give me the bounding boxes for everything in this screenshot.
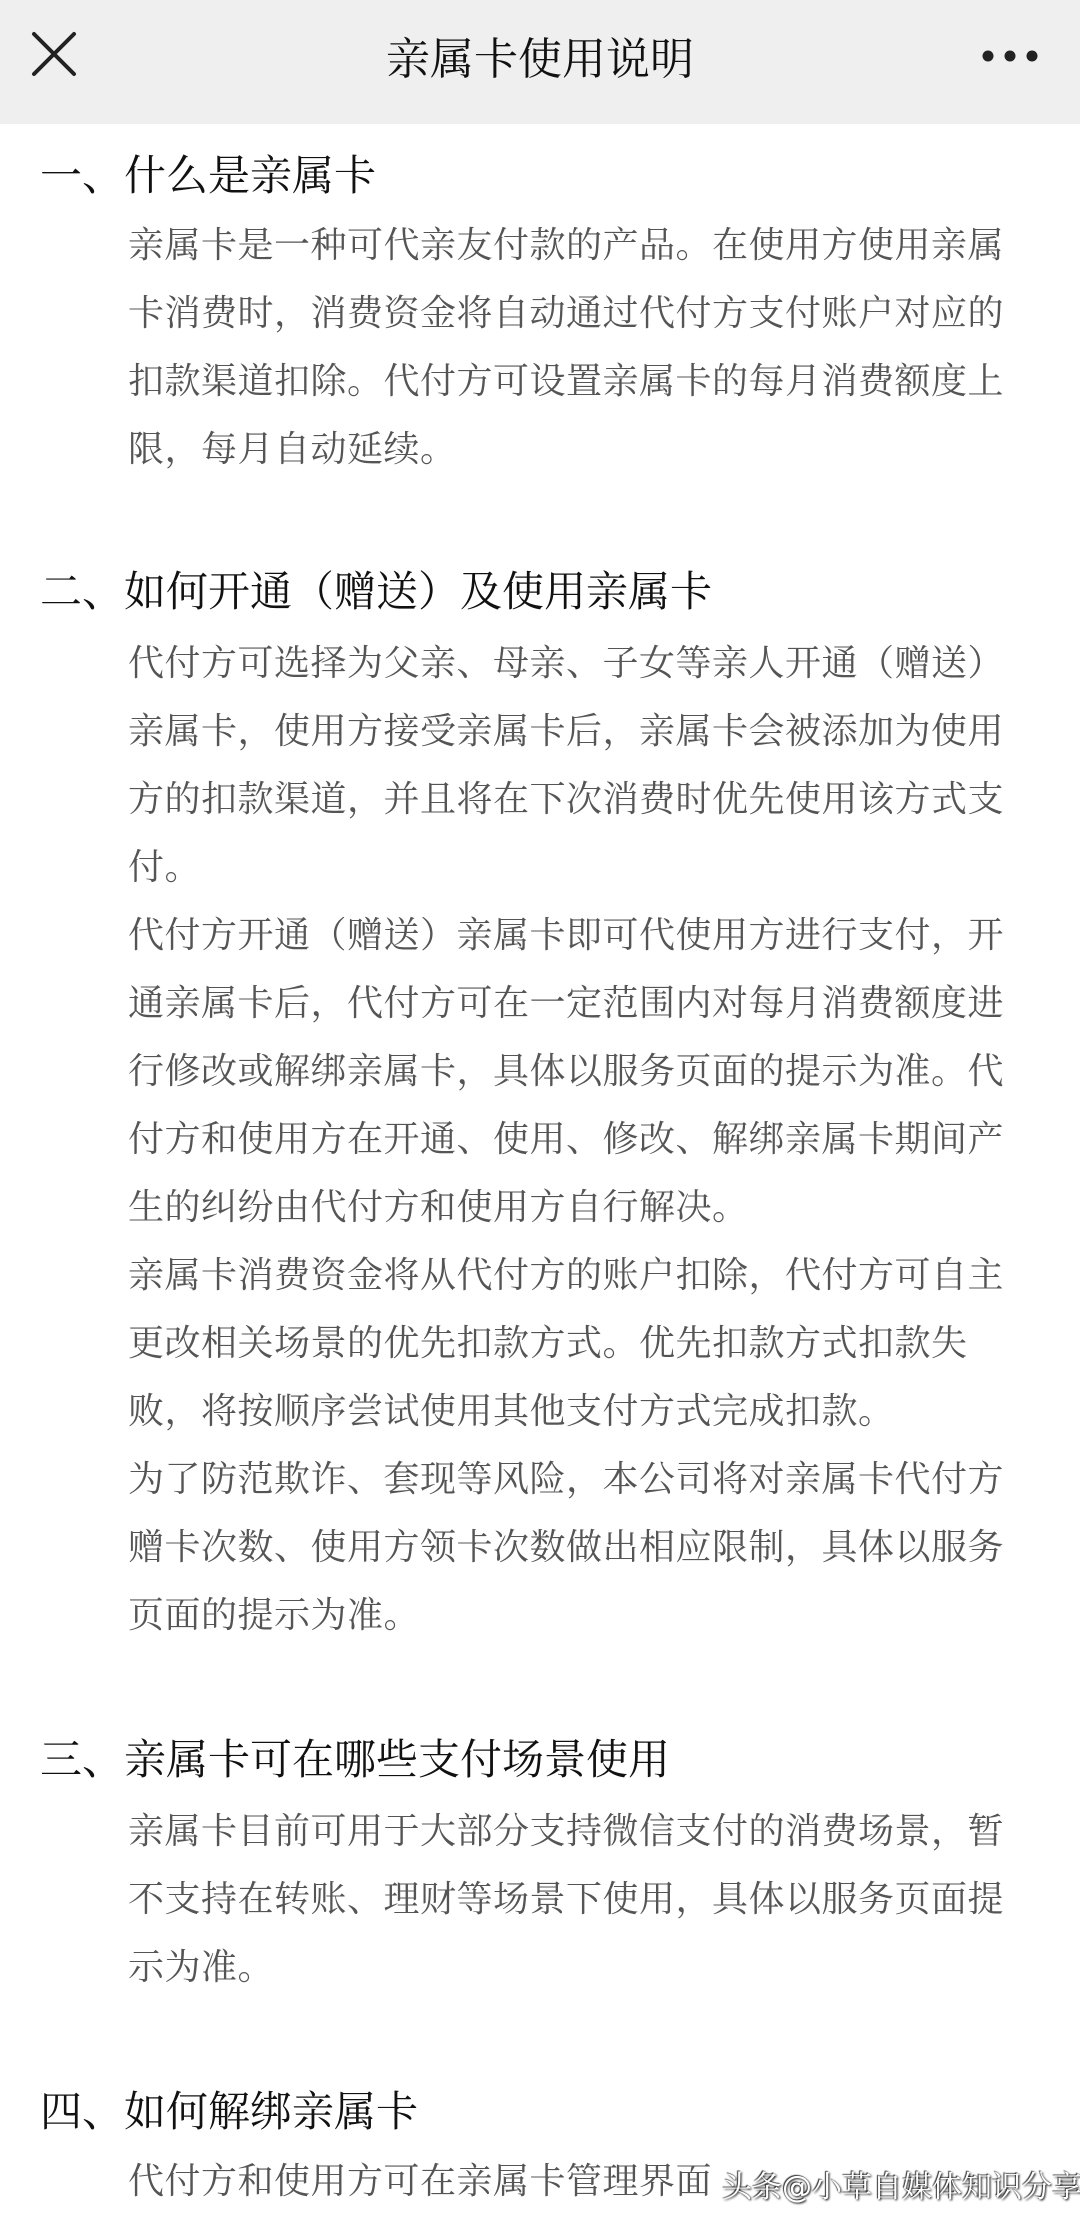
text-line: 限，每月自动延续。	[128, 416, 1048, 484]
text-line: 方的扣款渠道，并且将在下次消费时优先使用该方式支	[128, 766, 1048, 834]
text-line: 亲属卡消费资金将从代付方的账户扣除，代付方可自主	[128, 1242, 1048, 1310]
more-button[interactable]	[980, 44, 1040, 68]
text-line: 卡消费时，消费资金将自动通过代付方支付账户对应的	[128, 280, 1048, 348]
watermark: 头条@小草自媒体知识分享	[722, 2168, 1080, 2208]
section-3-paragraph-1: 亲属卡目前可用于大部分支持微信支付的消费场景，暂 不支持在转账、理财等场景下使用…	[128, 1798, 1048, 2002]
section-2-paragraph-1: 代付方可选择为父亲、母亲、子女等亲人开通（赠送） 亲属卡，使用方接受亲属卡后，亲…	[128, 630, 1048, 902]
navbar: 亲属卡使用说明	[0, 0, 1080, 124]
text-line: 通亲属卡后，代付方可在一定范围内对每月消费额度进	[128, 970, 1048, 1038]
text-line: 为了防范欺诈、套现等风险，本公司将对亲属卡代付方	[128, 1446, 1048, 1514]
text-line: 付方和使用方在开通、使用、修改、解绑亲属卡期间产	[128, 1106, 1048, 1174]
text-line: 示为准。	[128, 1934, 1048, 2002]
text-line: 生的纠纷由代付方和使用方自行解决。	[128, 1174, 1048, 1242]
text-line: 败，将按顺序尝试使用其他支付方式完成扣款。	[128, 1378, 1048, 1446]
text-line: 代付方开通（赠送）亲属卡即可代使用方进行支付，开	[128, 902, 1048, 970]
text-line: 页面的提示为准。	[128, 1582, 1048, 1650]
text-line: 代付方可选择为父亲、母亲、子女等亲人开通（赠送）	[128, 630, 1048, 698]
text-line: 亲属卡，使用方接受亲属卡后，亲属卡会被添加为使用	[128, 698, 1048, 766]
section-1-paragraph-1: 亲属卡是一种可代亲友付款的产品。在使用方使用亲属 卡消费时，消费资金将自动通过代…	[128, 212, 1048, 484]
section-heading-what-is: 一、什么是亲属卡	[40, 146, 376, 206]
text-line: 亲属卡目前可用于大部分支持微信支付的消费场景，暂	[128, 1798, 1048, 1866]
text-line: 扣款渠道扣除。代付方可设置亲属卡的每月消费额度上	[128, 348, 1048, 416]
text-line: 不支持在转账、理财等场景下使用，具体以服务页面提	[128, 1866, 1048, 1934]
section-heading-how-to-unbind: 四、如何解绑亲属卡	[40, 2082, 418, 2142]
section-2-paragraph-3: 亲属卡消费资金将从代付方的账户扣除，代付方可自主 更改相关场景的优先扣款方式。优…	[128, 1242, 1048, 1446]
section-2-paragraph-4: 为了防范欺诈、套现等风险，本公司将对亲属卡代付方 赠卡次数、使用方领卡次数做出相…	[128, 1446, 1048, 1650]
text-line: 亲属卡是一种可代亲友付款的产品。在使用方使用亲属	[128, 212, 1048, 280]
section-heading-how-to-open: 二、如何开通（赠送）及使用亲属卡	[40, 562, 712, 622]
text-line: 行修改或解绑亲属卡，具体以服务页面的提示为准。代	[128, 1038, 1048, 1106]
text-line: 付。	[128, 834, 1048, 902]
text-line: 赠卡次数、使用方领卡次数做出相应限制，具体以服务	[128, 1514, 1048, 1582]
section-heading-payment-scenarios: 三、亲属卡可在哪些支付场景使用	[40, 1730, 670, 1790]
text-line: 更改相关场景的优先扣款方式。优先扣款方式扣款失	[128, 1310, 1048, 1378]
section-2-paragraph-2: 代付方开通（赠送）亲属卡即可代使用方进行支付，开 通亲属卡后，代付方可在一定范围…	[128, 902, 1048, 1242]
more-icon	[980, 44, 1040, 68]
page-title: 亲属卡使用说明	[0, 30, 1080, 90]
